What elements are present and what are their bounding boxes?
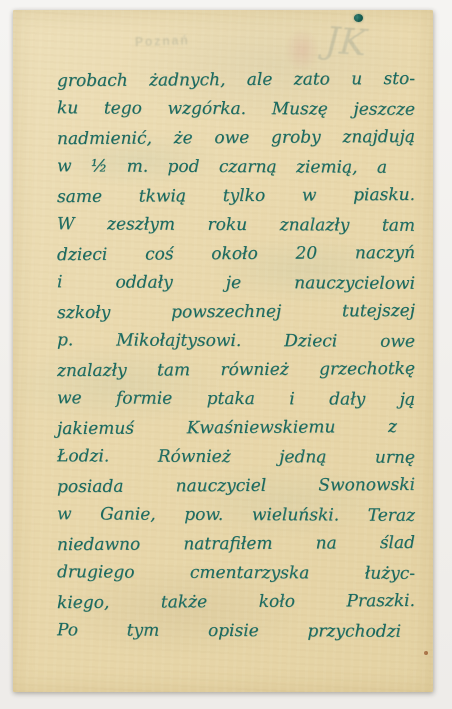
text-line: grobach żadnych, ale zato u sto- <box>57 65 415 96</box>
text-line: W zeszłym roku znalazły tam <box>57 210 415 241</box>
pencil-notation: JK <box>324 21 368 65</box>
text-line: jakiemuś Kwaśniewskiemu z <box>57 413 397 444</box>
text-line: nadmienić, że owe groby znajdują <box>57 123 415 154</box>
text-line: dzieci coś około 20 naczyń <box>57 239 415 270</box>
ink-dot <box>354 14 363 22</box>
text-line: kiego, także koło Praszki. <box>57 587 415 618</box>
text-line: w Ganie, pow. wieluński. Teraz <box>57 500 415 531</box>
text-line: p. Mikołajtysowi. Dzieci owe <box>57 326 415 357</box>
text-line: w ½ m. pod czarną ziemią, a <box>57 152 387 182</box>
letter-page: Poznań JK grobach żadnych, ale zato u st… <box>13 10 433 692</box>
text-line: znalazły tam również grzechotkę <box>57 355 415 386</box>
text-line: posiada nauczyciel Swonowski <box>57 471 415 502</box>
stamp-bleedthrough: Poznań <box>135 33 190 50</box>
text-line: we formie ptaka i dały ją <box>57 384 415 415</box>
text-line: Łodzi. Również jedną urnę <box>57 442 415 473</box>
text-line: same tkwią tylko w piasku. <box>57 181 415 212</box>
text-line: szkoły powszechnej tutejszej <box>57 297 415 328</box>
text-line: i oddały je nauczycielowi <box>57 268 415 299</box>
text-line: niedawno natrafiłem na ślad <box>57 529 415 560</box>
text-line: Po tym opisie przychodzi <box>57 616 401 647</box>
text-line: drugiego cmentarzyska łużyc- <box>57 558 415 589</box>
handwritten-text: grobach żadnych, ale zato u sto- ku tego… <box>57 66 415 646</box>
paper-speck <box>424 651 428 655</box>
text-line: ku tego wzgórka. Muszę jeszcze <box>57 94 415 125</box>
